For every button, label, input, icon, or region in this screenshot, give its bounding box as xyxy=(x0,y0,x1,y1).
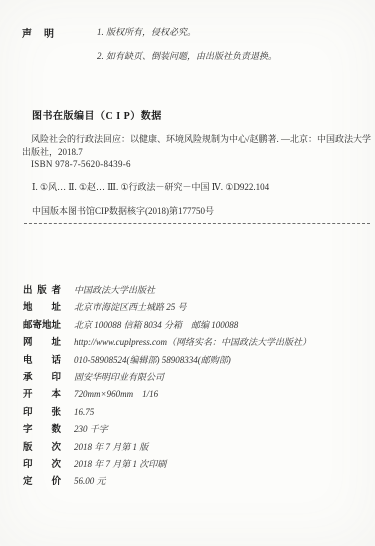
table-row: 版次 2018 年 7 月第 1 版 xyxy=(23,439,365,456)
row-label: 开本 xyxy=(23,386,61,400)
row-label: 网址 xyxy=(23,334,61,348)
row-value: 北京 100088 信箱 8034 分箱 邮编 100088 xyxy=(74,318,238,331)
row-label: 定价 xyxy=(23,473,61,487)
row-value: 010-58908524(编辑部) 58908334(邮购部) xyxy=(74,353,231,366)
table-row: 开本 720mm×960mm 1/16 xyxy=(23,386,365,403)
row-label: 印次 xyxy=(23,456,61,470)
row-value: 16.75 xyxy=(74,407,94,417)
table-row: 承印 固安华明印业有限公司 xyxy=(23,369,365,386)
book-copyright-page: { "declaration": { "label": "声明", "items… xyxy=(0,0,375,546)
isbn-number: ISBN 978-7-5620-8439-6 xyxy=(31,158,370,171)
table-row: 地址 北京市海淀区西土城路 25 号 xyxy=(23,299,365,316)
table-row: 邮寄地址 北京 100088 信箱 8034 分箱 邮编 100088 xyxy=(23,317,365,334)
table-row: 定价 56.00 元 xyxy=(23,473,365,490)
row-label: 邮寄地址 xyxy=(23,317,61,331)
declaration-item: 2. 如有缺页、倒装问题，由出版社负责退换。 xyxy=(97,49,277,62)
cip-description-line2: 出版社，2018.7 xyxy=(22,146,370,159)
table-row: 出版者 中国政法大学出版社 xyxy=(23,282,365,299)
row-label: 承印 xyxy=(23,369,61,383)
publication-info-table: 出版者 中国政法大学出版社 地址 北京市海淀区西土城路 25 号 邮寄地址 北京… xyxy=(23,282,365,491)
declaration-item: 1. 版权所有，侵权必究。 xyxy=(97,25,277,38)
declaration-items: 1. 版权所有，侵权必究。 2. 如有缺页、倒装问题，由出版社负责退换。 xyxy=(97,25,277,62)
row-label: 印张 xyxy=(23,404,61,418)
cip-section: 图书在版编目（C I P）数据 风险社会的行政法回应：以健康、环境风险规制为中心… xyxy=(22,107,370,224)
cip-title: 图书在版编目（C I P）数据 xyxy=(32,107,370,122)
row-value: http://www.cuplpress.com（网络实名：中国政法大学出版社） xyxy=(74,335,311,348)
cip-description-line1: 风险社会的行政法回应：以健康、环境风险规制为中心/赵鹏著. —北京：中国政法大学 xyxy=(31,133,370,146)
row-value: 56.00 元 xyxy=(74,474,106,487)
cip-registry-number: 中国版本图书馆CIP数据核字(2018)第177750号 xyxy=(32,204,370,217)
row-label: 出版者 xyxy=(23,282,61,296)
row-value: 固安华明印业有限公司 xyxy=(74,370,164,383)
declaration-label: 声明 xyxy=(22,25,54,40)
row-value: 中国政法大学出版社 xyxy=(74,283,155,296)
row-label: 电话 xyxy=(23,352,61,366)
row-value: 2018 年 7 月第 1 次印刷 xyxy=(74,457,166,470)
row-label: 版次 xyxy=(23,439,61,453)
row-value: 2018 年 7 月第 1 版 xyxy=(74,440,148,453)
row-label: 地址 xyxy=(23,299,61,313)
table-row: 印次 2018 年 7 月第 1 次印刷 xyxy=(23,456,365,473)
table-row: 电话 010-58908524(编辑部) 58908334(邮购部) xyxy=(23,352,365,369)
row-value: 230 千字 xyxy=(74,422,108,435)
table-row: 印张 16.75 xyxy=(23,404,365,421)
dashed-divider xyxy=(24,223,370,224)
row-value: 北京市海淀区西土城路 25 号 xyxy=(74,300,187,313)
table-row: 字数 230 千字 xyxy=(23,421,365,438)
table-row: 网址 http://www.cuplpress.com（网络实名：中国政法大学出… xyxy=(23,334,365,351)
row-label: 字数 xyxy=(23,421,61,435)
declaration-section: 声明 1. 版权所有，侵权必究。 2. 如有缺页、倒装问题，由出版社负责退换。 xyxy=(22,25,355,62)
cip-classification: Ⅰ. ①风… Ⅱ. ①赵… Ⅲ. ①行政法－研究－中国 Ⅳ. ①D922.104 xyxy=(32,180,370,193)
row-value: 720mm×960mm 1/16 xyxy=(74,387,158,400)
